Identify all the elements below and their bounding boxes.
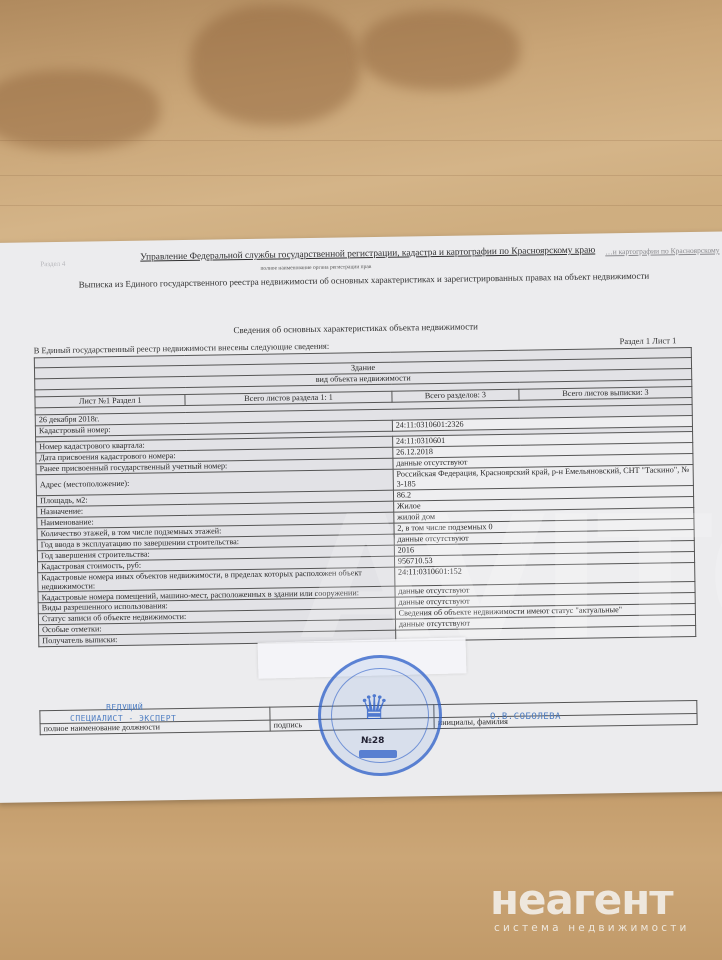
wood-stain bbox=[360, 10, 520, 90]
extract-title: Выписка из Единого государственного реес… bbox=[79, 271, 650, 290]
faint-header-left: Раздел 4 bbox=[40, 260, 65, 268]
logo-tagline: система недвижимости bbox=[490, 922, 690, 934]
position-stamp-line2: СПЕЦИАЛИСТ - ЭКСПЕРТ bbox=[70, 714, 176, 723]
seal-number: №28 bbox=[361, 736, 384, 746]
wood-stain bbox=[190, 5, 360, 125]
section-sheet-label: Раздел 1 Лист 1 bbox=[620, 335, 677, 346]
neagent-logo: неагент система недвижимости bbox=[490, 880, 690, 934]
name-stamp: О.В.СОБОЛЕВА bbox=[490, 712, 561, 722]
position-stamp-line1: ВЕДУЩИЙ bbox=[106, 703, 143, 712]
wood-stain bbox=[0, 70, 160, 150]
faint-header-right: …и картографии по Красноярскому bbox=[605, 246, 719, 257]
coat-of-arms-icon: ♛ bbox=[359, 692, 389, 726]
agency-caption: полное наименование органа регистрации п… bbox=[260, 264, 371, 272]
agency-name: Управление Федеральной службы государств… bbox=[140, 245, 595, 262]
logo-brand: неагент bbox=[490, 880, 690, 920]
section-title: Сведения об основных характеристиках объ… bbox=[233, 321, 478, 335]
official-seal: ♛ №28 bbox=[318, 655, 442, 776]
